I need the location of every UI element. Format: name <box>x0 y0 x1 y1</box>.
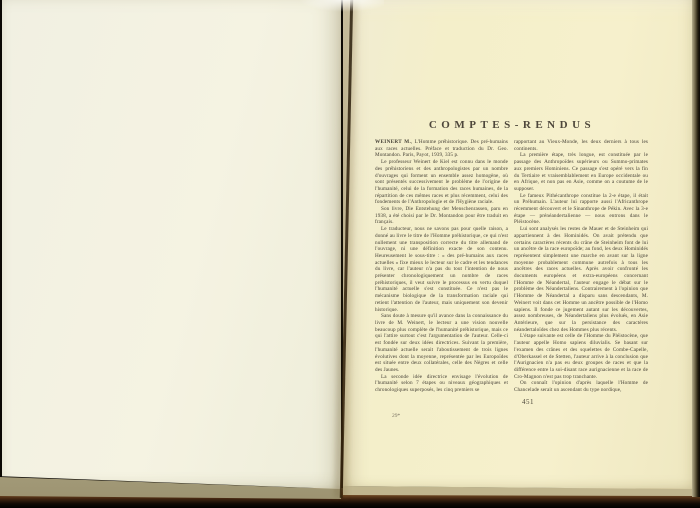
left-blank-page <box>2 0 341 489</box>
review-paragraph: Le traducteur, nous ne savons pas pour q… <box>375 226 508 313</box>
review-paragraph: Son livre, Die Entstehung der Menschenra… <box>375 206 508 226</box>
review-paragraph: Le fameux Pithécanthrope constitue la 2-… <box>514 193 648 227</box>
review-column-2: rapportant au Vieux-Monde, les deux dern… <box>514 139 648 394</box>
fore-edge <box>692 0 700 497</box>
page-curl-highlight <box>298 0 384 12</box>
open-book-photo: COMPTES-RENDUS WEINERT M., L'Homme préhi… <box>0 0 700 508</box>
review-column-1: WEINERT M., L'Homme préhistorique. Des p… <box>375 139 508 394</box>
section-title: COMPTES-RENDUS <box>375 119 649 131</box>
right-page: COMPTES-RENDUS WEINERT M., L'Homme préhi… <box>343 0 692 491</box>
review-paragraph: Lui sont analysés les restes de Mauer et… <box>514 226 648 333</box>
review-paragraph: La seconde idée directrice envisage l'év… <box>375 374 508 394</box>
review-paragraph: L'étape suivante est celle de l'Homme du… <box>514 333 648 380</box>
review-heading: WEINERT M., L'Homme préhistorique. Des p… <box>375 139 508 159</box>
review-author: WEINERT M. <box>375 139 411 145</box>
review-paragraph: Sans doute à mesure qu'il avance dans la… <box>375 313 508 373</box>
page-number: 451 <box>511 398 545 406</box>
review-paragraph: rapportant au Vieux-Monde, les deux dern… <box>514 139 648 152</box>
review-paragraph: La première étape, très longue, est cons… <box>514 152 648 192</box>
signature-mark: 29* <box>392 413 400 419</box>
review-paragraph: Le professeur Weinert de Kiel est connu … <box>375 159 508 206</box>
review-paragraph: On connaît l'opinion d'après laquelle l'… <box>514 380 648 393</box>
